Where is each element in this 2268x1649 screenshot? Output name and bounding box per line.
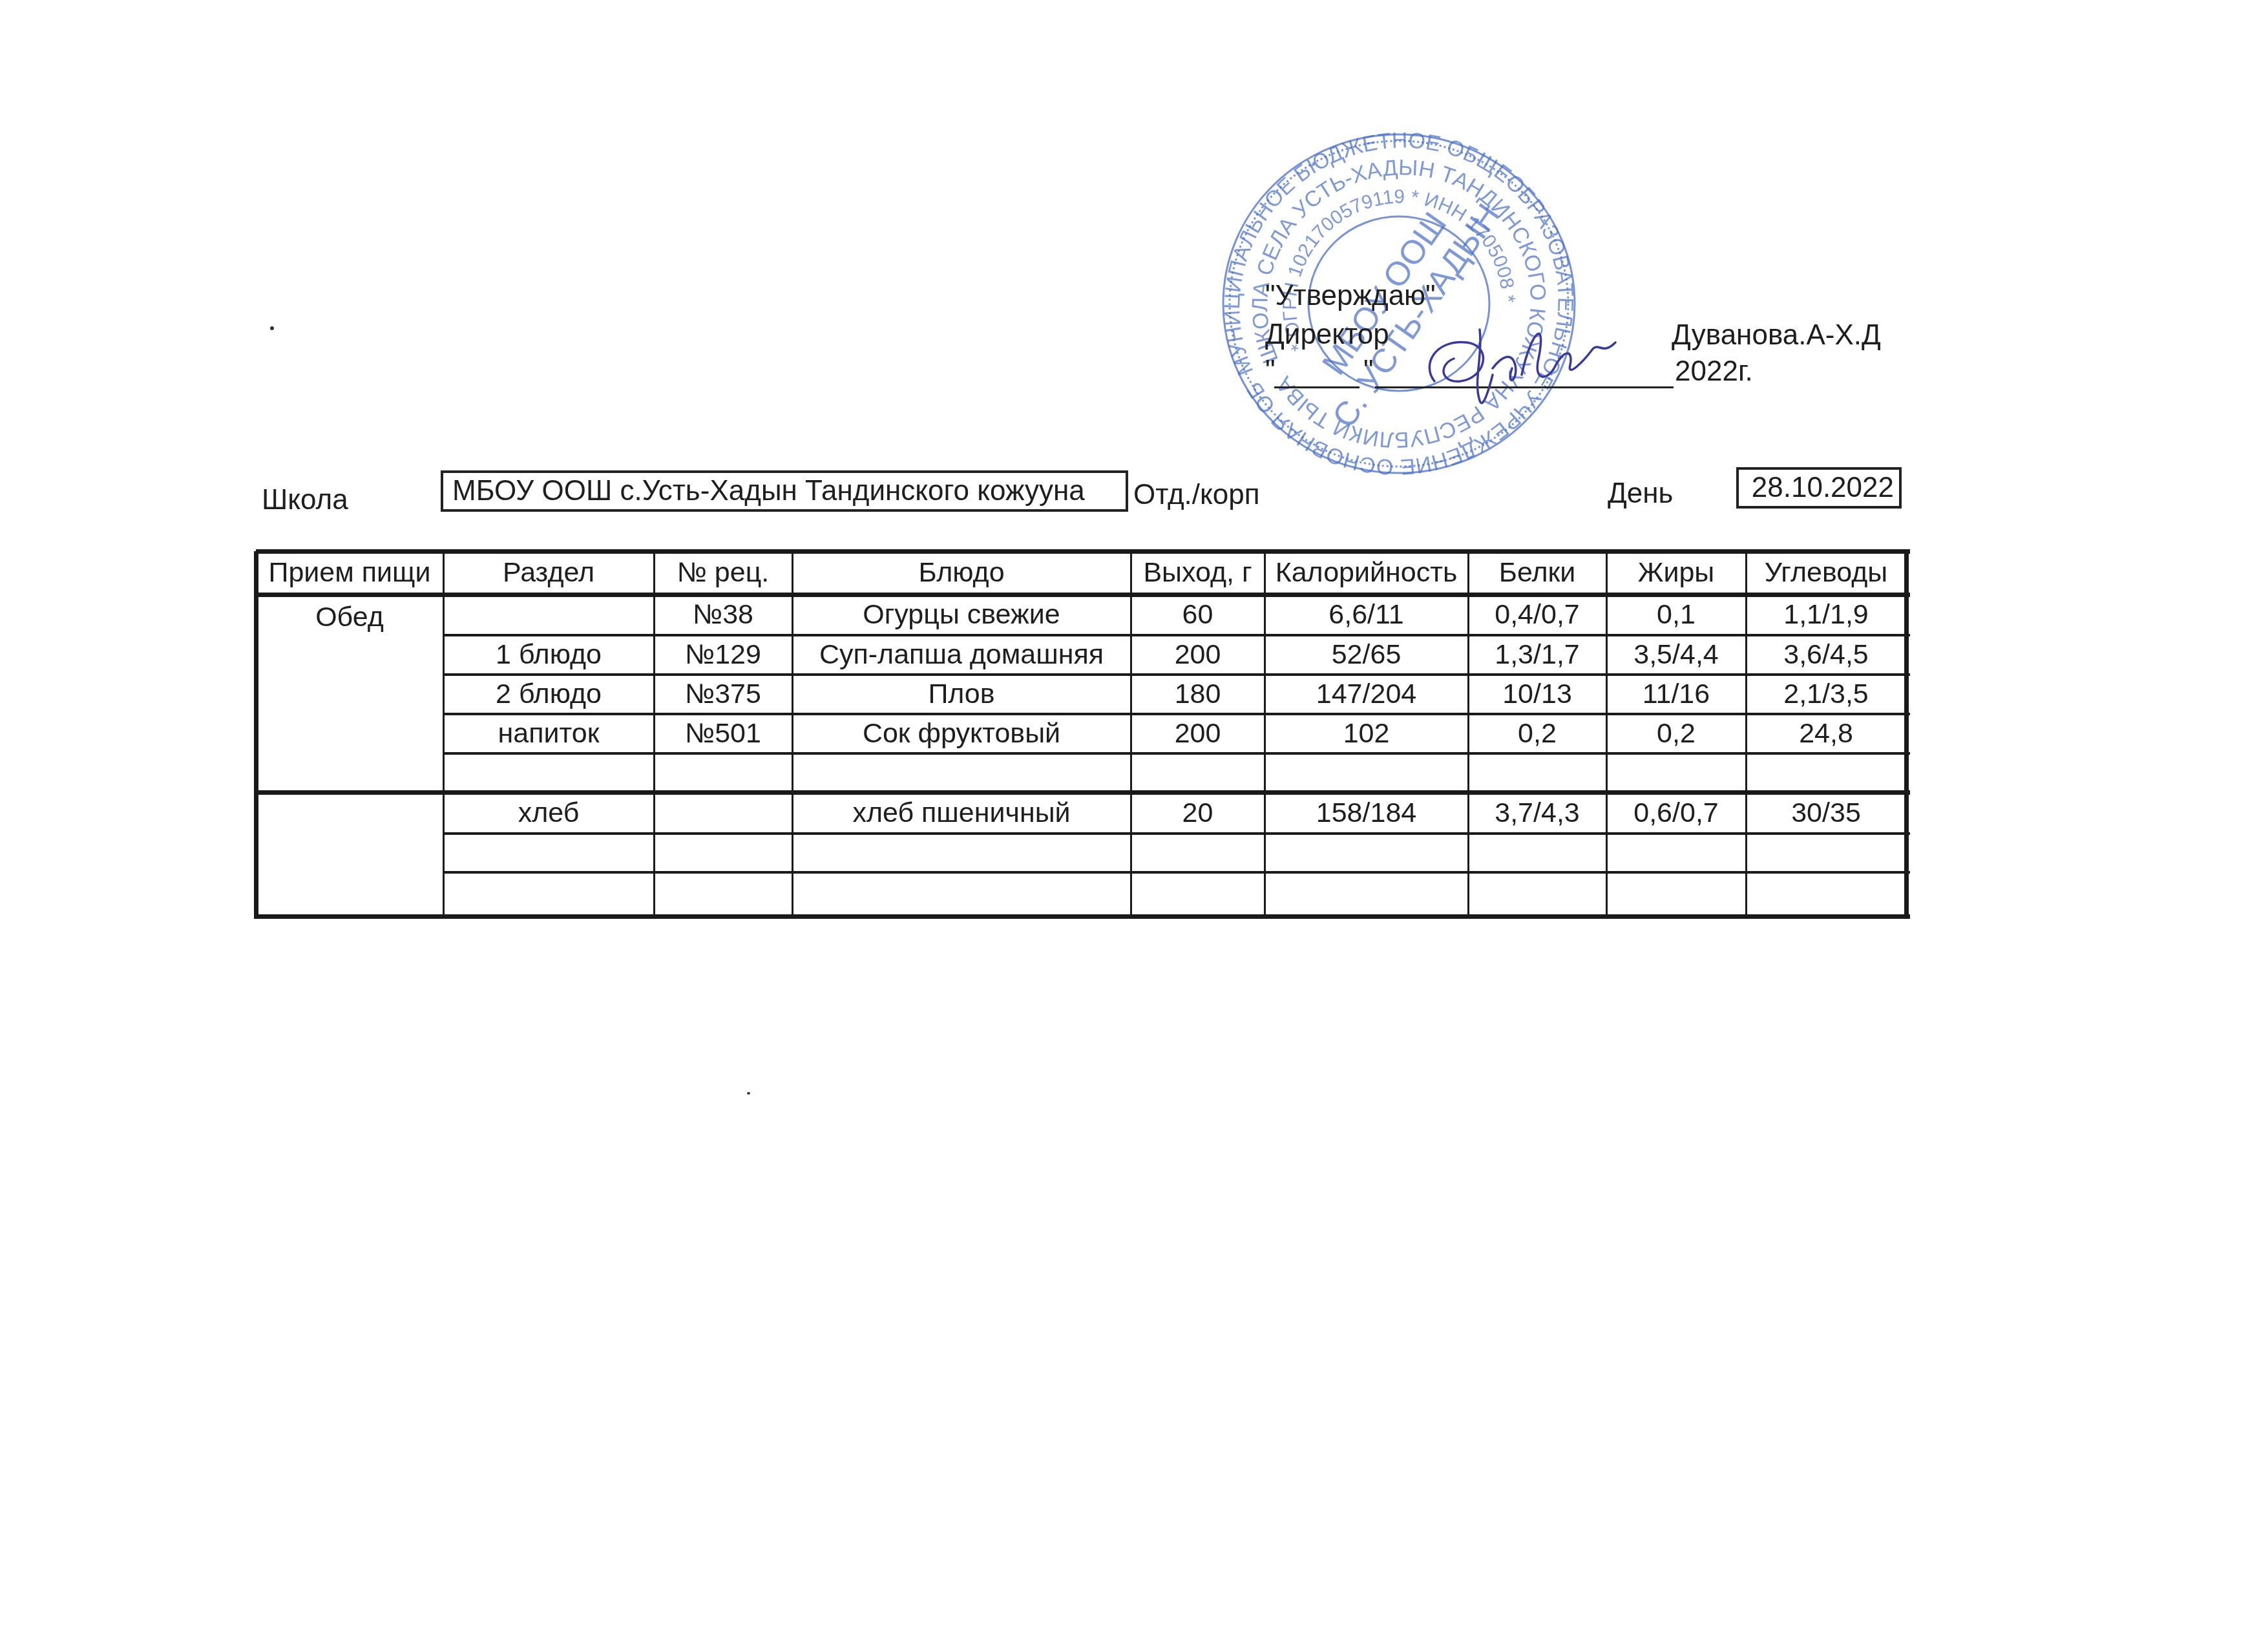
table-cell: 158/184: [1265, 792, 1468, 834]
table-cell: Огурцы свежие: [792, 594, 1131, 635]
table-cell: 180: [1131, 675, 1265, 714]
table-cell: 60: [1131, 594, 1265, 635]
day-value: 28.10.2022: [1752, 474, 1894, 502]
table-cell: 10/13: [1468, 675, 1606, 714]
table-cell: 0,2: [1468, 714, 1606, 753]
signature-icon: [1409, 304, 1622, 417]
table-cell: [792, 872, 1131, 916]
scan-speck: [747, 1092, 750, 1095]
table-cell: 3,7/4,3: [1468, 792, 1606, 834]
position-label: Директор: [1265, 320, 1389, 349]
table-rule: [1606, 551, 1608, 919]
table-cell: [1468, 753, 1606, 792]
column-header: Жиры: [1606, 551, 1746, 594]
table-rule: [256, 549, 1910, 554]
table-cell: [1265, 834, 1468, 872]
table-cell: [1468, 834, 1606, 872]
table-cell: №38: [654, 594, 792, 635]
table-rule: [443, 832, 1910, 835]
table-cell: [1131, 872, 1265, 916]
table-rule: [256, 914, 1910, 919]
table-rule: [1467, 551, 1469, 919]
table-cell: [654, 792, 792, 834]
table-rule: [1264, 551, 1266, 919]
table-cell: хлеб: [443, 792, 654, 834]
table-cell: Плов: [792, 675, 1131, 714]
table-cell: 0,2: [1606, 714, 1746, 753]
table-cell: 11/16: [1606, 675, 1746, 714]
table-cell: [1606, 872, 1746, 916]
year-label: 2022г.: [1675, 357, 1753, 386]
meal-cell: [256, 792, 443, 916]
table-cell: 0,4/0,7: [1468, 594, 1606, 635]
table-cell: [1131, 834, 1265, 872]
table-rule: [443, 871, 1910, 874]
table-cell: [792, 753, 1131, 792]
column-header: Выход, г: [1131, 551, 1265, 594]
branch-label: Отд./корп: [1133, 481, 1260, 509]
column-header: Углеводы: [1746, 551, 1906, 594]
column-header: Белки: [1468, 551, 1606, 594]
table-cell: [654, 872, 792, 916]
table-rule: [653, 551, 655, 919]
table-cell: [443, 753, 654, 792]
date-quote-open: ": [1265, 357, 1276, 385]
meal-cell: Обед: [256, 594, 443, 792]
table-rule: [792, 551, 793, 919]
table-rule: [443, 673, 1910, 676]
table-rule: [1745, 551, 1747, 919]
table-cell: хлеб пшеничный: [792, 792, 1131, 834]
table-cell: №501: [654, 714, 792, 753]
column-header: Раздел: [443, 551, 654, 594]
school-value: МБОУ ООШ с.Усть-Хадын Тандинского кожуун…: [452, 477, 1085, 505]
table-cell: 2,1/3,5: [1746, 675, 1906, 714]
table-cell: 6,6/11: [1265, 594, 1468, 635]
table-cell: [792, 834, 1131, 872]
table-cell: 1,1/1,9: [1746, 594, 1906, 635]
table-cell: 200: [1131, 635, 1265, 675]
column-header: № рец.: [654, 551, 792, 594]
table-cell: [654, 753, 792, 792]
table-cell: [1746, 753, 1906, 792]
table-rule: [254, 551, 258, 919]
day-underline: [1274, 386, 1360, 388]
table-cell: 20: [1131, 792, 1265, 834]
table-cell: Суп-лапша домашняя: [792, 635, 1131, 675]
table-rule: [256, 593, 1910, 597]
table-cell: 0,6/0,7: [1606, 792, 1746, 834]
table-cell: 1,3/1,7: [1468, 635, 1606, 675]
table-cell: [1746, 872, 1906, 916]
director-signature: [1409, 304, 1622, 417]
table-rule: [443, 752, 1910, 755]
date-quote-close: ": [1363, 357, 1374, 385]
table-cell: 3,6/4,5: [1746, 635, 1906, 675]
table-cell: 2 блюдо: [443, 675, 654, 714]
table-cell: 24,8: [1746, 714, 1906, 753]
table-rule: [1904, 551, 1909, 919]
column-header: Прием пищи: [256, 551, 443, 594]
scan-speck: [270, 326, 274, 330]
table-cell: [1606, 834, 1746, 872]
day-field[interactable]: 28.10.2022: [1736, 467, 1902, 509]
table-cell: 0,1: [1606, 594, 1746, 635]
menu-table: Прием пищиРаздел№ рец.БлюдоВыход, гКалор…: [256, 551, 1906, 916]
table-cell: 102: [1265, 714, 1468, 753]
table-cell: 3,5/4,4: [1606, 635, 1746, 675]
table-cell: Сок фруктовый: [792, 714, 1131, 753]
column-header: Калорийность: [1265, 551, 1468, 594]
school-label: Школа: [262, 486, 348, 514]
table-cell: 30/35: [1746, 792, 1906, 834]
school-field[interactable]: МБОУ ООШ с.Усть-Хадын Тандинского кожуун…: [441, 470, 1128, 512]
table-cell: напиток: [443, 714, 654, 753]
table-cell: [1131, 753, 1265, 792]
table-cell: [443, 872, 654, 916]
table-cell: [1468, 872, 1606, 916]
table-rule: [443, 634, 1910, 636]
table-cell: №129: [654, 635, 792, 675]
table-cell: [654, 834, 792, 872]
table-cell: 147/204: [1265, 675, 1468, 714]
table-cell: [1746, 834, 1906, 872]
table-cell: 52/65: [1265, 635, 1468, 675]
table-cell: [1606, 753, 1746, 792]
table-cell: [1265, 753, 1468, 792]
table-cell: [443, 834, 654, 872]
table-rule: [443, 713, 1910, 715]
table-rule: [256, 790, 1910, 795]
table-cell: 1 блюдо: [443, 635, 654, 675]
day-label: День: [1608, 479, 1674, 508]
table-cell: [443, 594, 654, 635]
table-rule: [443, 551, 445, 919]
table-cell: 200: [1131, 714, 1265, 753]
table-cell: [1265, 872, 1468, 916]
table-rule: [1130, 551, 1132, 919]
director-name: Дуванова.А-Х.Д: [1672, 321, 1881, 350]
column-header: Блюдо: [792, 551, 1131, 594]
table-cell: №375: [654, 675, 792, 714]
